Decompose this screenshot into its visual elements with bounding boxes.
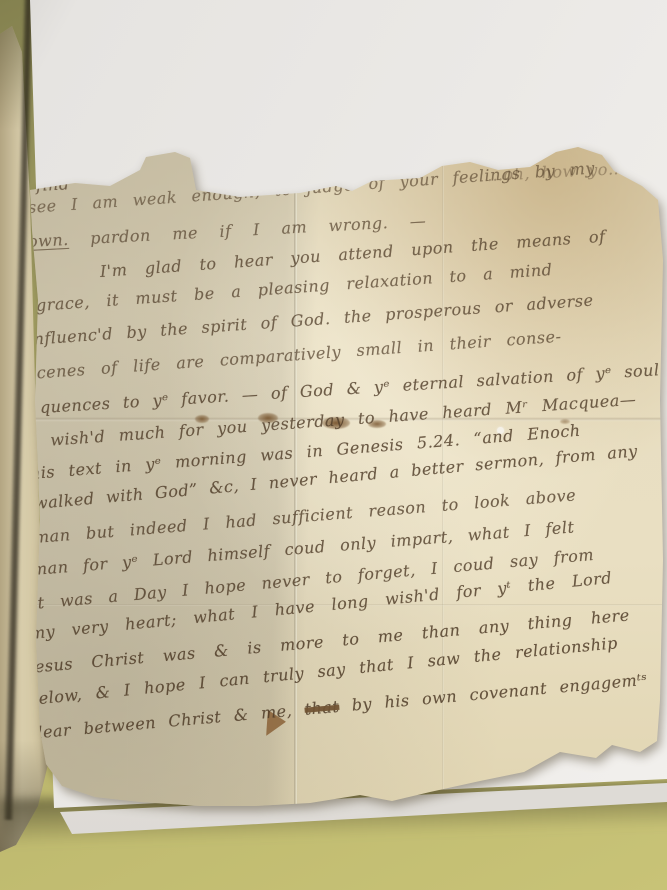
struck-out-word: that (304, 697, 340, 719)
manuscript-line: find (36, 174, 71, 195)
letter-shadow-wrap: find…oh, how yo…see I am weak enough, to… (0, 0, 667, 890)
manuscript-text: find…oh, how yo…see I am weak enough, to… (24, 144, 664, 812)
photograph-scene: find…oh, how yo…see I am weak enough, to… (0, 0, 667, 890)
underlined-word: own. (28, 230, 70, 251)
letter-paper: find…oh, how yo…see I am weak enough, to… (24, 144, 664, 812)
manuscript-line: see I am weak enough, to judge of your f… (27, 158, 595, 217)
